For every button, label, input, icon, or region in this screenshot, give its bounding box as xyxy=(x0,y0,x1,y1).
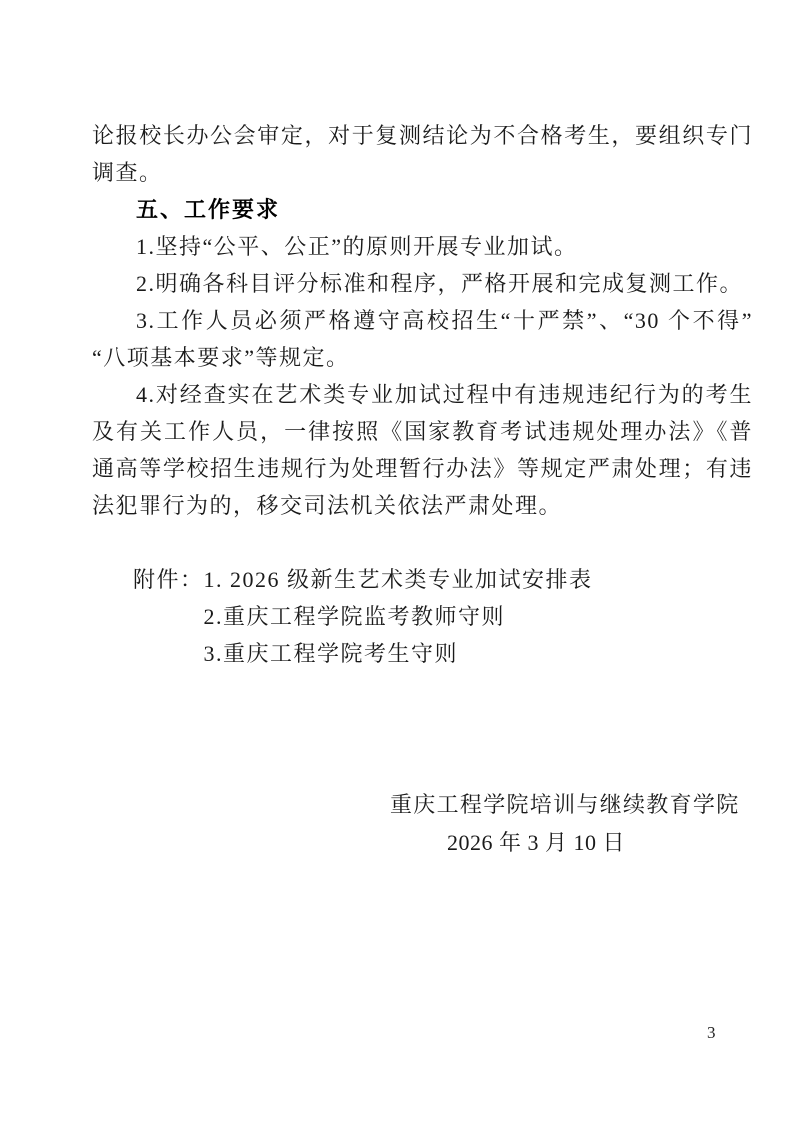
requirement-item-1: 1.坚持“公平、公正”的原则开展专业加试。 xyxy=(92,228,753,265)
requirement-item-4: 4.对经查实在艺术类专业加试过程中有违规违纪行为的考生及有关工作人员，一律按照《… xyxy=(92,376,753,524)
signature-organization: 重庆工程学院培训与继续教育学院 xyxy=(390,786,740,823)
attachments-label: 附件： xyxy=(133,561,204,598)
document-body: 论报校长办公会审定，对于复测结论为不合格考生，要组织专门调查。 五、工作要求 1… xyxy=(92,117,753,672)
requirement-item-2: 2.明确各科目评分标准和程序，严格开展和完成复测工作。 xyxy=(92,265,753,302)
attachment-item-2: 2.重庆工程学院监考教师守则 xyxy=(204,598,753,635)
attachment-item-3: 3.重庆工程学院考生守则 xyxy=(204,635,753,672)
attachments-block: 附件： 1. 2026 级新生艺术类专业加试安排表 2.重庆工程学院监考教师守则… xyxy=(92,561,753,672)
signature-date: 2026 年 3 月 10 日 xyxy=(447,824,625,861)
attachment-item-1: 1. 2026 级新生艺术类专业加试安排表 xyxy=(204,561,753,598)
document-page: 论报校长办公会审定，对于复测结论为不合格考生，要组织专门调查。 五、工作要求 1… xyxy=(0,0,793,1122)
attachments-list: 1. 2026 级新生艺术类专业加试安排表 2.重庆工程学院监考教师守则 3.重… xyxy=(204,561,753,672)
paragraph-continuation: 论报校长办公会审定，对于复测结论为不合格考生，要组织专门调查。 xyxy=(92,117,753,191)
requirement-item-3: 3.工作人员必须严格遵守高校招生“十严禁”、“30 个不得”“八项基本要求”等规… xyxy=(92,302,753,376)
page-number: 3 xyxy=(707,1023,716,1043)
section-heading-work-requirements: 五、工作要求 xyxy=(92,191,753,228)
